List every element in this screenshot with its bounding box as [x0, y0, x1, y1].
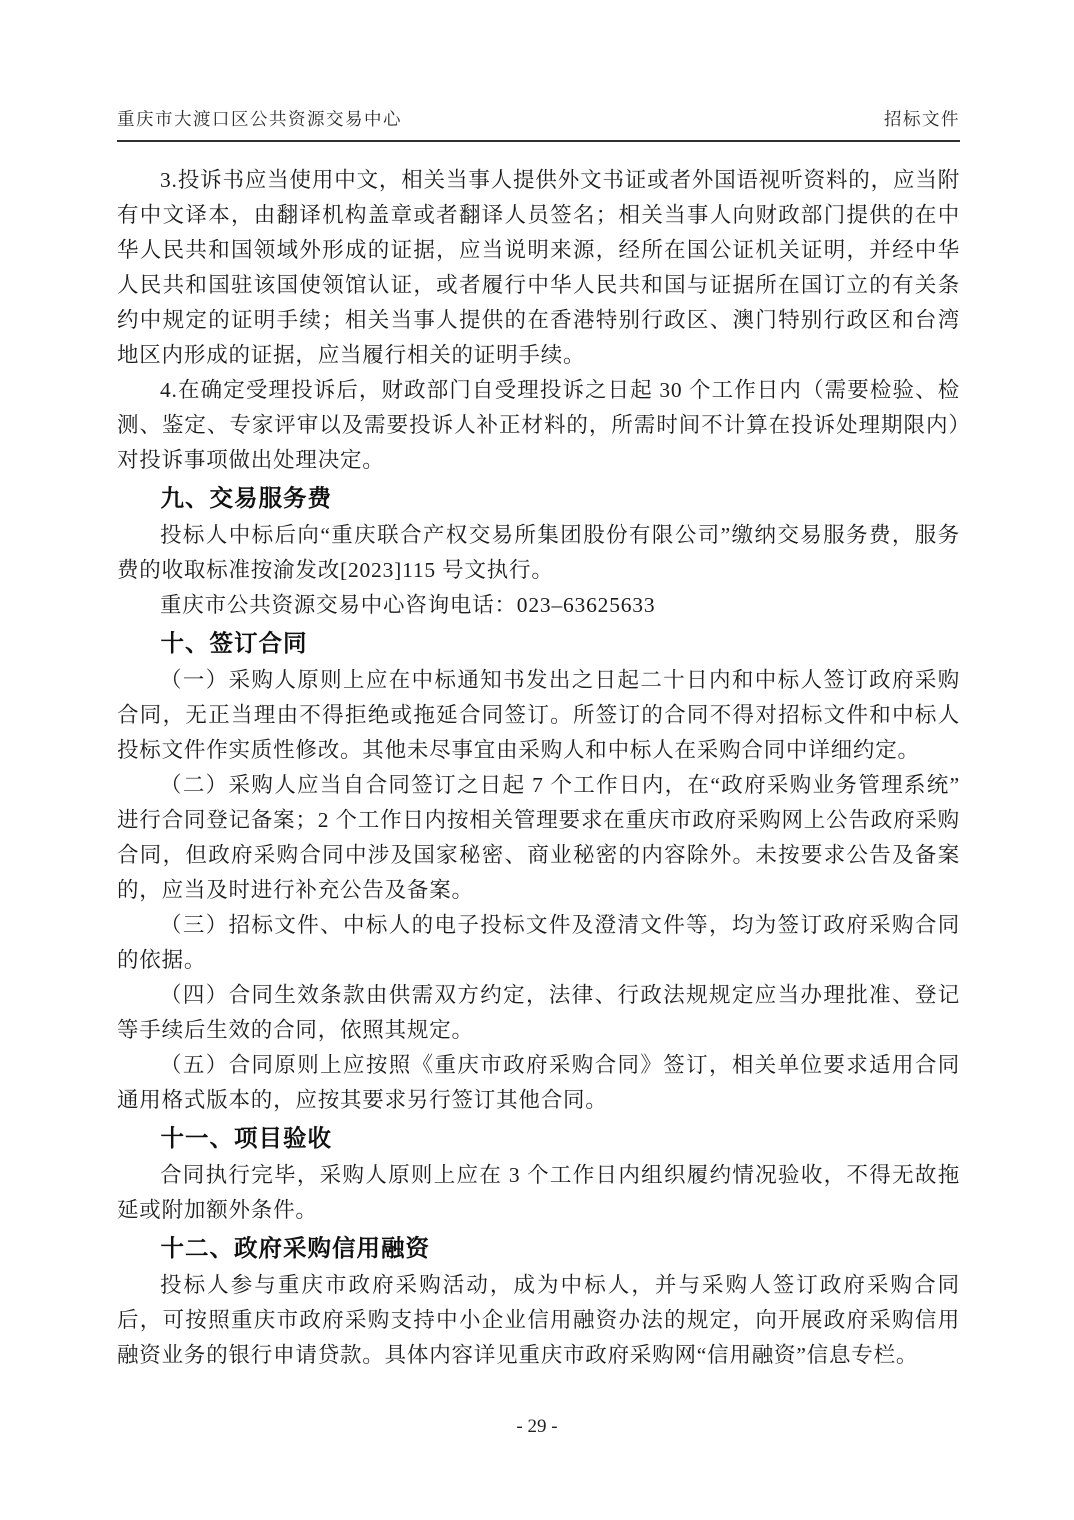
section-heading-12-credit-financing: 十二、政府采购信用融资 [117, 1228, 960, 1268]
document-page: 重庆市大渡口区公共资源交易中心 招标文件 3.投诉书应当使用中文，相关当事人提供… [0, 0, 1074, 1520]
paragraph-section10-item3: （三）招标文件、中标人的电子投标文件及澄清文件等，均为签订政府采购合同的依据。 [117, 908, 960, 978]
document-body: 3.投诉书应当使用中文，相关当事人提供外文书证或者外国语视听资料的，应当附有中文… [117, 163, 960, 1373]
paragraph-section9-fee: 投标人中标后向“重庆联合产权交易所集团股份有限公司”缴纳交易服务费，服务费的收取… [117, 518, 960, 588]
header-doc-type: 招标文件 [884, 106, 960, 131]
section-heading-9-transaction-fee: 九、交易服务费 [117, 478, 960, 518]
paragraph-section10-item2: （二）采购人应当自合同签订之日起 7 个工作日内，在“政府采购业务管理系统”进行… [117, 768, 960, 908]
paragraph-section11-acceptance: 合同执行完毕，采购人原则上应在 3 个工作日内组织履约情况验收，不得无故拖延或附… [117, 1158, 960, 1228]
paragraph-section10-item1: （一）采购人原则上应在中标通知书发出之日起二十日内和中标人签订政府采购合同，无正… [117, 663, 960, 768]
section-heading-10-contract-signing: 十、签订合同 [117, 623, 960, 663]
section-heading-11-project-acceptance: 十一、项目验收 [117, 1118, 960, 1158]
paragraph-complaint-item3: 3.投诉书应当使用中文，相关当事人提供外文书证或者外国语视听资料的，应当附有中文… [117, 163, 960, 373]
page-number: - 29 - [0, 1416, 1074, 1438]
paragraph-section12-financing: 投标人参与重庆市政府采购活动，成为中标人，并与采购人签订政府采购合同后，可按照重… [117, 1268, 960, 1373]
header-org-name: 重庆市大渡口区公共资源交易中心 [117, 106, 402, 131]
page-header: 重庆市大渡口区公共资源交易中心 招标文件 [117, 106, 960, 142]
paragraph-section9-phone: 重庆市公共资源交易中心咨询电话：023–63625633 [117, 588, 960, 623]
paragraph-complaint-item4: 4.在确定受理投诉后，财政部门自受理投诉之日起 30 个工作日内（需要检验、检测… [117, 373, 960, 478]
paragraph-section10-item4: （四）合同生效条款由供需双方约定，法律、行政法规规定应当办理批准、登记等手续后生… [117, 978, 960, 1048]
paragraph-section10-item5: （五）合同原则上应按照《重庆市政府采购合同》签订，相关单位要求适用合同通用格式版… [117, 1048, 960, 1118]
